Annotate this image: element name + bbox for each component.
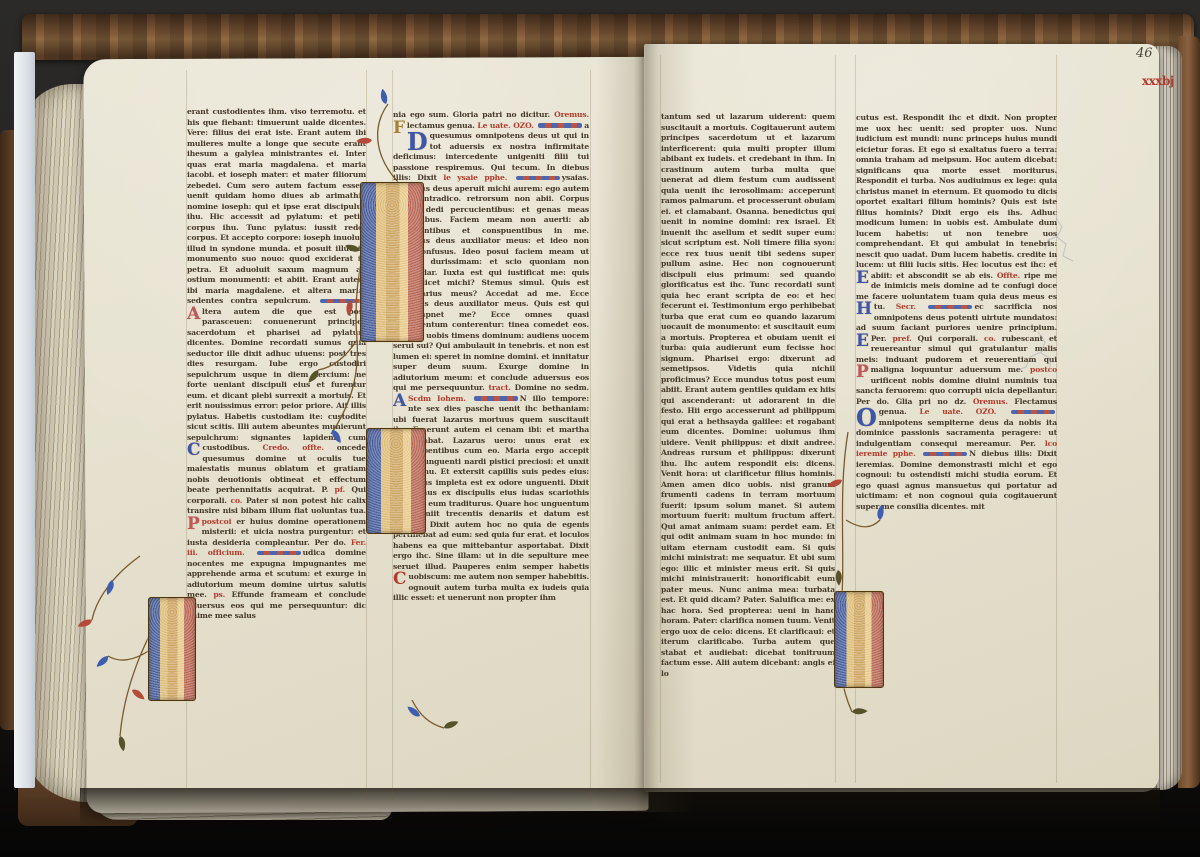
pen-flourished-initial: A <box>393 394 406 409</box>
pen-flourished-initial: C <box>393 572 406 587</box>
text-column-left-1: erant custodientes ihm. viso terremotu. … <box>187 107 366 699</box>
line-filler-ornament <box>474 396 518 401</box>
body-text: Domine no sedm. <box>515 383 589 392</box>
rubric-text: le ysaie pphe. <box>443 173 513 182</box>
rubric-text: Scdm Iohem. <box>408 394 472 403</box>
rubric-text: Le uate. OZO. <box>477 121 536 130</box>
body-text: Qui corporali. <box>918 334 984 343</box>
body-text: tantum sed ut lazarum uiderent: quem sus… <box>661 112 835 678</box>
pen-flourished-initial: H <box>856 302 872 317</box>
rubric-text: postco <box>1030 365 1057 374</box>
pen-flourished-initial: E <box>856 334 869 349</box>
rubric-text: Oremus. <box>973 397 1015 406</box>
rubric-text: pref. <box>893 334 918 343</box>
body-text: ltera autem die que est post parasceuen:… <box>187 307 366 453</box>
rubric-text: Secr. <box>896 302 927 311</box>
pen-flourished-initial: C <box>187 443 200 458</box>
pen-flourished-initial: E <box>856 271 869 286</box>
body-text: mnipotens sempiterne deus da nobis ita d… <box>856 418 1057 448</box>
rubric-text: tract. <box>489 383 515 392</box>
line-filler-ornament <box>257 551 301 556</box>
rubric-text: Oremus. <box>554 110 589 119</box>
ruling-line <box>590 70 591 800</box>
body-text: ognouit autem turba multa ex iudeis quia… <box>393 583 589 603</box>
text-column-right-1: tantum sed ut lazarum uiderent: quem sus… <box>661 112 835 704</box>
line-filler-ornament <box>538 123 582 128</box>
pen-flourished-initial: P <box>187 517 200 532</box>
line-filler-ornament <box>320 299 364 304</box>
pen-flourished-initial: F <box>393 121 405 136</box>
illuminated-initial-I <box>834 591 884 688</box>
body-text: lectamus genua. <box>407 121 478 130</box>
body-text: N diebus illis: Dixit ieremias. Domine d… <box>856 449 1057 511</box>
rubric-text: Offte. <box>997 271 1024 280</box>
rubric-text: Le uate. OZO. <box>919 407 1009 416</box>
line-filler-ornament <box>1011 410 1055 415</box>
line-filler-ornament <box>928 305 972 310</box>
bottom-shadow <box>80 788 1160 834</box>
illuminated-initial-I <box>366 428 426 534</box>
pen-flourished-initial: A <box>187 307 200 322</box>
line-filler-ornament <box>923 452 967 457</box>
rubric-text: co. <box>231 496 246 505</box>
body-text: erant custodientes ihm. viso terremotu. … <box>187 107 366 305</box>
body-text: cutus est. Respondit ihc et dixit. Non p… <box>856 113 1057 280</box>
body-text: nia ego sum. Gloria patri no dicitur. <box>393 110 554 119</box>
body-text: N illo tempore: <box>520 394 589 403</box>
rubric-text: co. <box>984 334 1002 343</box>
illuminated-initial-I <box>360 182 424 342</box>
line-filler-ornament <box>516 176 560 181</box>
body-text: Glia pri no dz. <box>896 397 973 406</box>
text-column-right-2: cutus est. Respondit ihc et dixit. Non p… <box>856 113 1057 693</box>
folio-number: 46 <box>1136 46 1153 61</box>
pen-flourished-initial: D <box>407 131 428 152</box>
illuminated-initial-I <box>148 597 196 701</box>
pen-flourished-initial: P <box>856 365 869 380</box>
bookmark-slip <box>14 52 35 788</box>
rubric-text: pf. <box>335 485 352 494</box>
rubric-text: Credo. offte. <box>263 443 337 452</box>
rubric-text: postcoi <box>202 517 237 526</box>
quire-mark: xxxbj <box>1142 74 1174 88</box>
rubric-text: ps. <box>213 590 231 599</box>
pen-flourished-initial: O <box>856 407 877 428</box>
